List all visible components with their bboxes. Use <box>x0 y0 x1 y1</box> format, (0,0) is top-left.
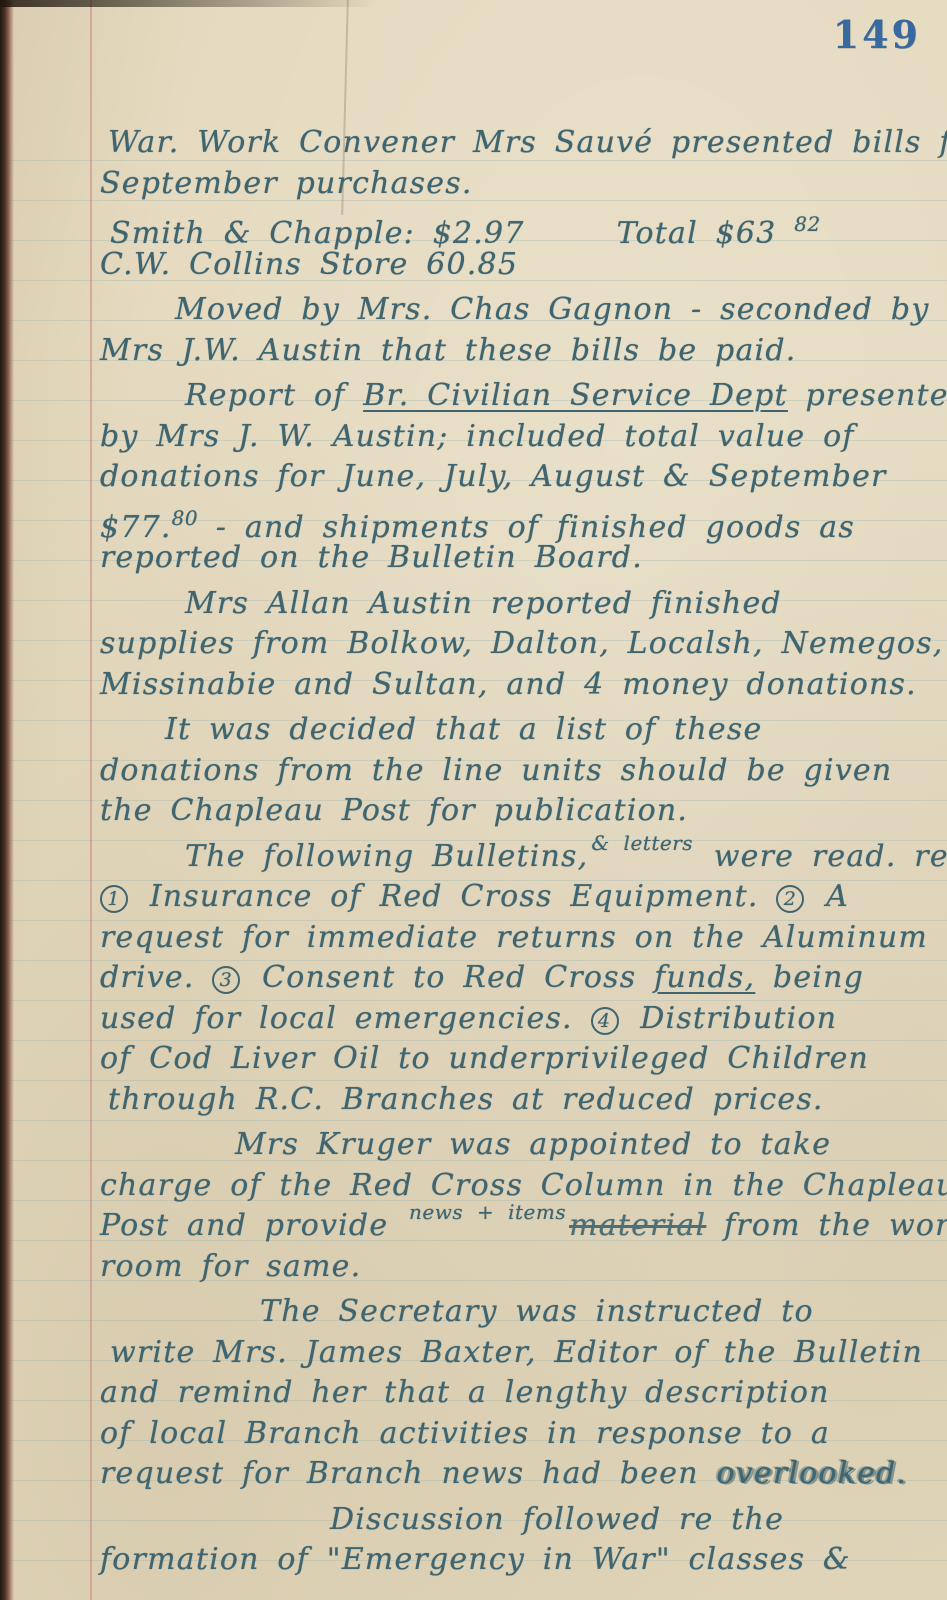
manuscript-line: supplies from Bolkow, Dalton, Localsh, N… <box>100 625 927 666</box>
manuscript-line: Missinabie and Sultan, and 4 money donat… <box>100 666 927 707</box>
text-run: September purchases. <box>100 166 473 201</box>
text-run: Moved by Mrs. Chas Gagnon - seconded by <box>175 292 929 327</box>
text-run: Consent to Red Cross <box>244 960 654 995</box>
text-run: The Secretary was instructed to <box>260 1294 814 1329</box>
manuscript-line: used for local emergencies. 4 Distributi… <box>100 1000 927 1041</box>
text-run: Missinabie and Sultan, and 4 money donat… <box>100 667 917 702</box>
page-top-edge-shadow <box>0 0 420 7</box>
text-run: room for same. <box>100 1249 361 1284</box>
underlined-text: funds, <box>654 960 755 995</box>
manuscript-line: Mrs Allan Austin reported finished <box>100 585 927 626</box>
manuscript-line: 1 Insurance of Red Cross Equipment. 2 A <box>100 878 927 919</box>
text-run: Total $63 <box>617 216 795 251</box>
text-run: Mrs Allan Austin reported finished <box>185 586 782 621</box>
inserted-text: news + items <box>409 1200 566 1224</box>
manuscript-line: formation of "Emergency in War" classes … <box>100 1541 927 1582</box>
book-gutter-edge <box>0 0 14 1600</box>
text-run: of Cod Liver Oil to underprivileged Chil… <box>100 1041 869 1076</box>
text-run: formation of "Emergency in War" classes … <box>100 1542 851 1577</box>
text-run: were read. re <box>696 839 947 874</box>
text-run: Discussion followed re the <box>330 1502 784 1537</box>
manuscript-line: by Mrs J. W. Austin; included total valu… <box>100 418 927 459</box>
manuscript-line: War. Work Convener Mrs Sauvé presented b… <box>100 124 927 165</box>
text-run: request for Branch news had been <box>100 1456 716 1491</box>
manuscript-line: September purchases. <box>100 165 927 206</box>
text-run: of local Branch activities in response t… <box>100 1416 830 1451</box>
manuscript-line: write Mrs. James Baxter, Editor of the B… <box>100 1334 927 1375</box>
text-run: and remind her that a lengthy descriptio… <box>100 1375 830 1410</box>
text-run: The following Bulletins, <box>185 839 588 874</box>
minute-book-page: 149 War. Work Convener Mrs Sauvé present… <box>0 0 947 1600</box>
circled-number: 4 <box>591 1007 619 1035</box>
text-run: drive. <box>100 960 212 995</box>
text-run: War. Work Convener Mrs Sauvé presented b… <box>108 125 947 160</box>
circled-number: 3 <box>212 966 240 994</box>
text-run: supplies from Bolkow, Dalton, Localsh, N… <box>100 626 944 661</box>
manuscript-line: of Cod Liver Oil to underprivileged Chil… <box>100 1040 927 1081</box>
text-run: C.W. Collins Store 60.85 <box>100 247 518 282</box>
manuscript-line: C.W. Collins Store 60.85 <box>100 246 927 287</box>
manuscript-line: the Chapleau Post for publication. <box>100 792 927 833</box>
text-run: It was decided that a list of these <box>165 712 762 747</box>
manuscript-line: The following Bulletins,& letters were r… <box>100 838 927 879</box>
manuscript: War. Work Convener Mrs Sauvé presented b… <box>100 124 927 1582</box>
manuscript-line: $77.80 - and shipments of finished goods… <box>100 499 927 540</box>
manuscript-line: Mrs Kruger was appointed to take <box>100 1126 927 1167</box>
manuscript-line: drive. 3 Consent to Red Cross funds, bei… <box>100 959 927 1000</box>
manuscript-line: It was decided that a list of these <box>100 711 927 752</box>
text-run: being <box>755 960 864 995</box>
text-run: A <box>808 879 849 914</box>
text-run: Mrs Kruger was appointed to take <box>235 1127 831 1162</box>
manuscript-line: through R.C. Branches at reduced prices. <box>100 1081 927 1122</box>
manuscript-line: Mrs J.W. Austin that these bills be paid… <box>100 332 927 373</box>
text-run: request for immediate returns on the Alu… <box>100 920 928 955</box>
struck-word: material <box>569 1208 706 1243</box>
circled-number: 2 <box>776 885 804 913</box>
manuscript-line: The Secretary was instructed to <box>100 1293 927 1334</box>
page-number: 149 <box>833 12 921 57</box>
text-run: donations for June, July, August & Septe… <box>100 459 887 494</box>
overwritten-word: overlooked. <box>716 1456 907 1491</box>
underlined-text: Br. Civilian Service Dept <box>363 378 788 413</box>
text-run: the Chapleau Post for publication. <box>100 793 688 828</box>
manuscript-line: Report of Br. Civilian Service Dept pres… <box>100 377 927 418</box>
manuscript-line: request for Branch news had been overloo… <box>100 1455 927 1496</box>
text-run: reported on the Bulletin Board. <box>100 540 643 575</box>
manuscript-line: Post and provide news + itemsmaterial fr… <box>100 1207 927 1248</box>
circled-number: 1 <box>100 885 128 913</box>
text-run: Post and provide <box>100 1208 406 1243</box>
text-run: by Mrs J. W. Austin; included total valu… <box>100 419 855 454</box>
manuscript-line: donations from the line units should be … <box>100 752 927 793</box>
text-run: used for local emergencies. <box>100 1001 591 1036</box>
text-run: Insurance of Red Cross Equipment. <box>132 879 776 914</box>
text-run: write Mrs. James Baxter, Editor of the B… <box>110 1335 923 1370</box>
manuscript-line: of local Branch activities in response t… <box>100 1415 927 1456</box>
red-margin-line <box>90 0 92 1600</box>
manuscript-line: and remind her that a lengthy descriptio… <box>100 1374 927 1415</box>
manuscript-line: request for immediate returns on the Alu… <box>100 919 927 960</box>
superscript-cents: 82 <box>794 212 820 236</box>
manuscript-line: Smith & Chapple: $2.97Total $63 82 <box>100 205 927 246</box>
text-run: presented <box>788 378 947 413</box>
text-run: from the work <box>706 1208 947 1243</box>
text-run: Report of <box>185 378 363 413</box>
text-run: Mrs J.W. Austin that these bills be paid… <box>100 333 797 368</box>
manuscript-line: Moved by Mrs. Chas Gagnon - seconded by <box>100 291 927 332</box>
manuscript-line: Discussion followed re the <box>100 1501 927 1542</box>
text-run: donations from the line units should be … <box>100 753 892 788</box>
text-run: through R.C. Branches at reduced prices. <box>108 1082 824 1117</box>
superscript-cents: 80 <box>172 506 198 530</box>
manuscript-line: room for same. <box>100 1248 927 1289</box>
inserted-text: & letters <box>591 831 693 855</box>
text-run: Distribution <box>623 1001 838 1036</box>
text-run: charge of the Red Cross Column in the Ch… <box>100 1168 947 1203</box>
manuscript-line: reported on the Bulletin Board. <box>100 539 927 580</box>
manuscript-line: donations for June, July, August & Septe… <box>100 458 927 499</box>
